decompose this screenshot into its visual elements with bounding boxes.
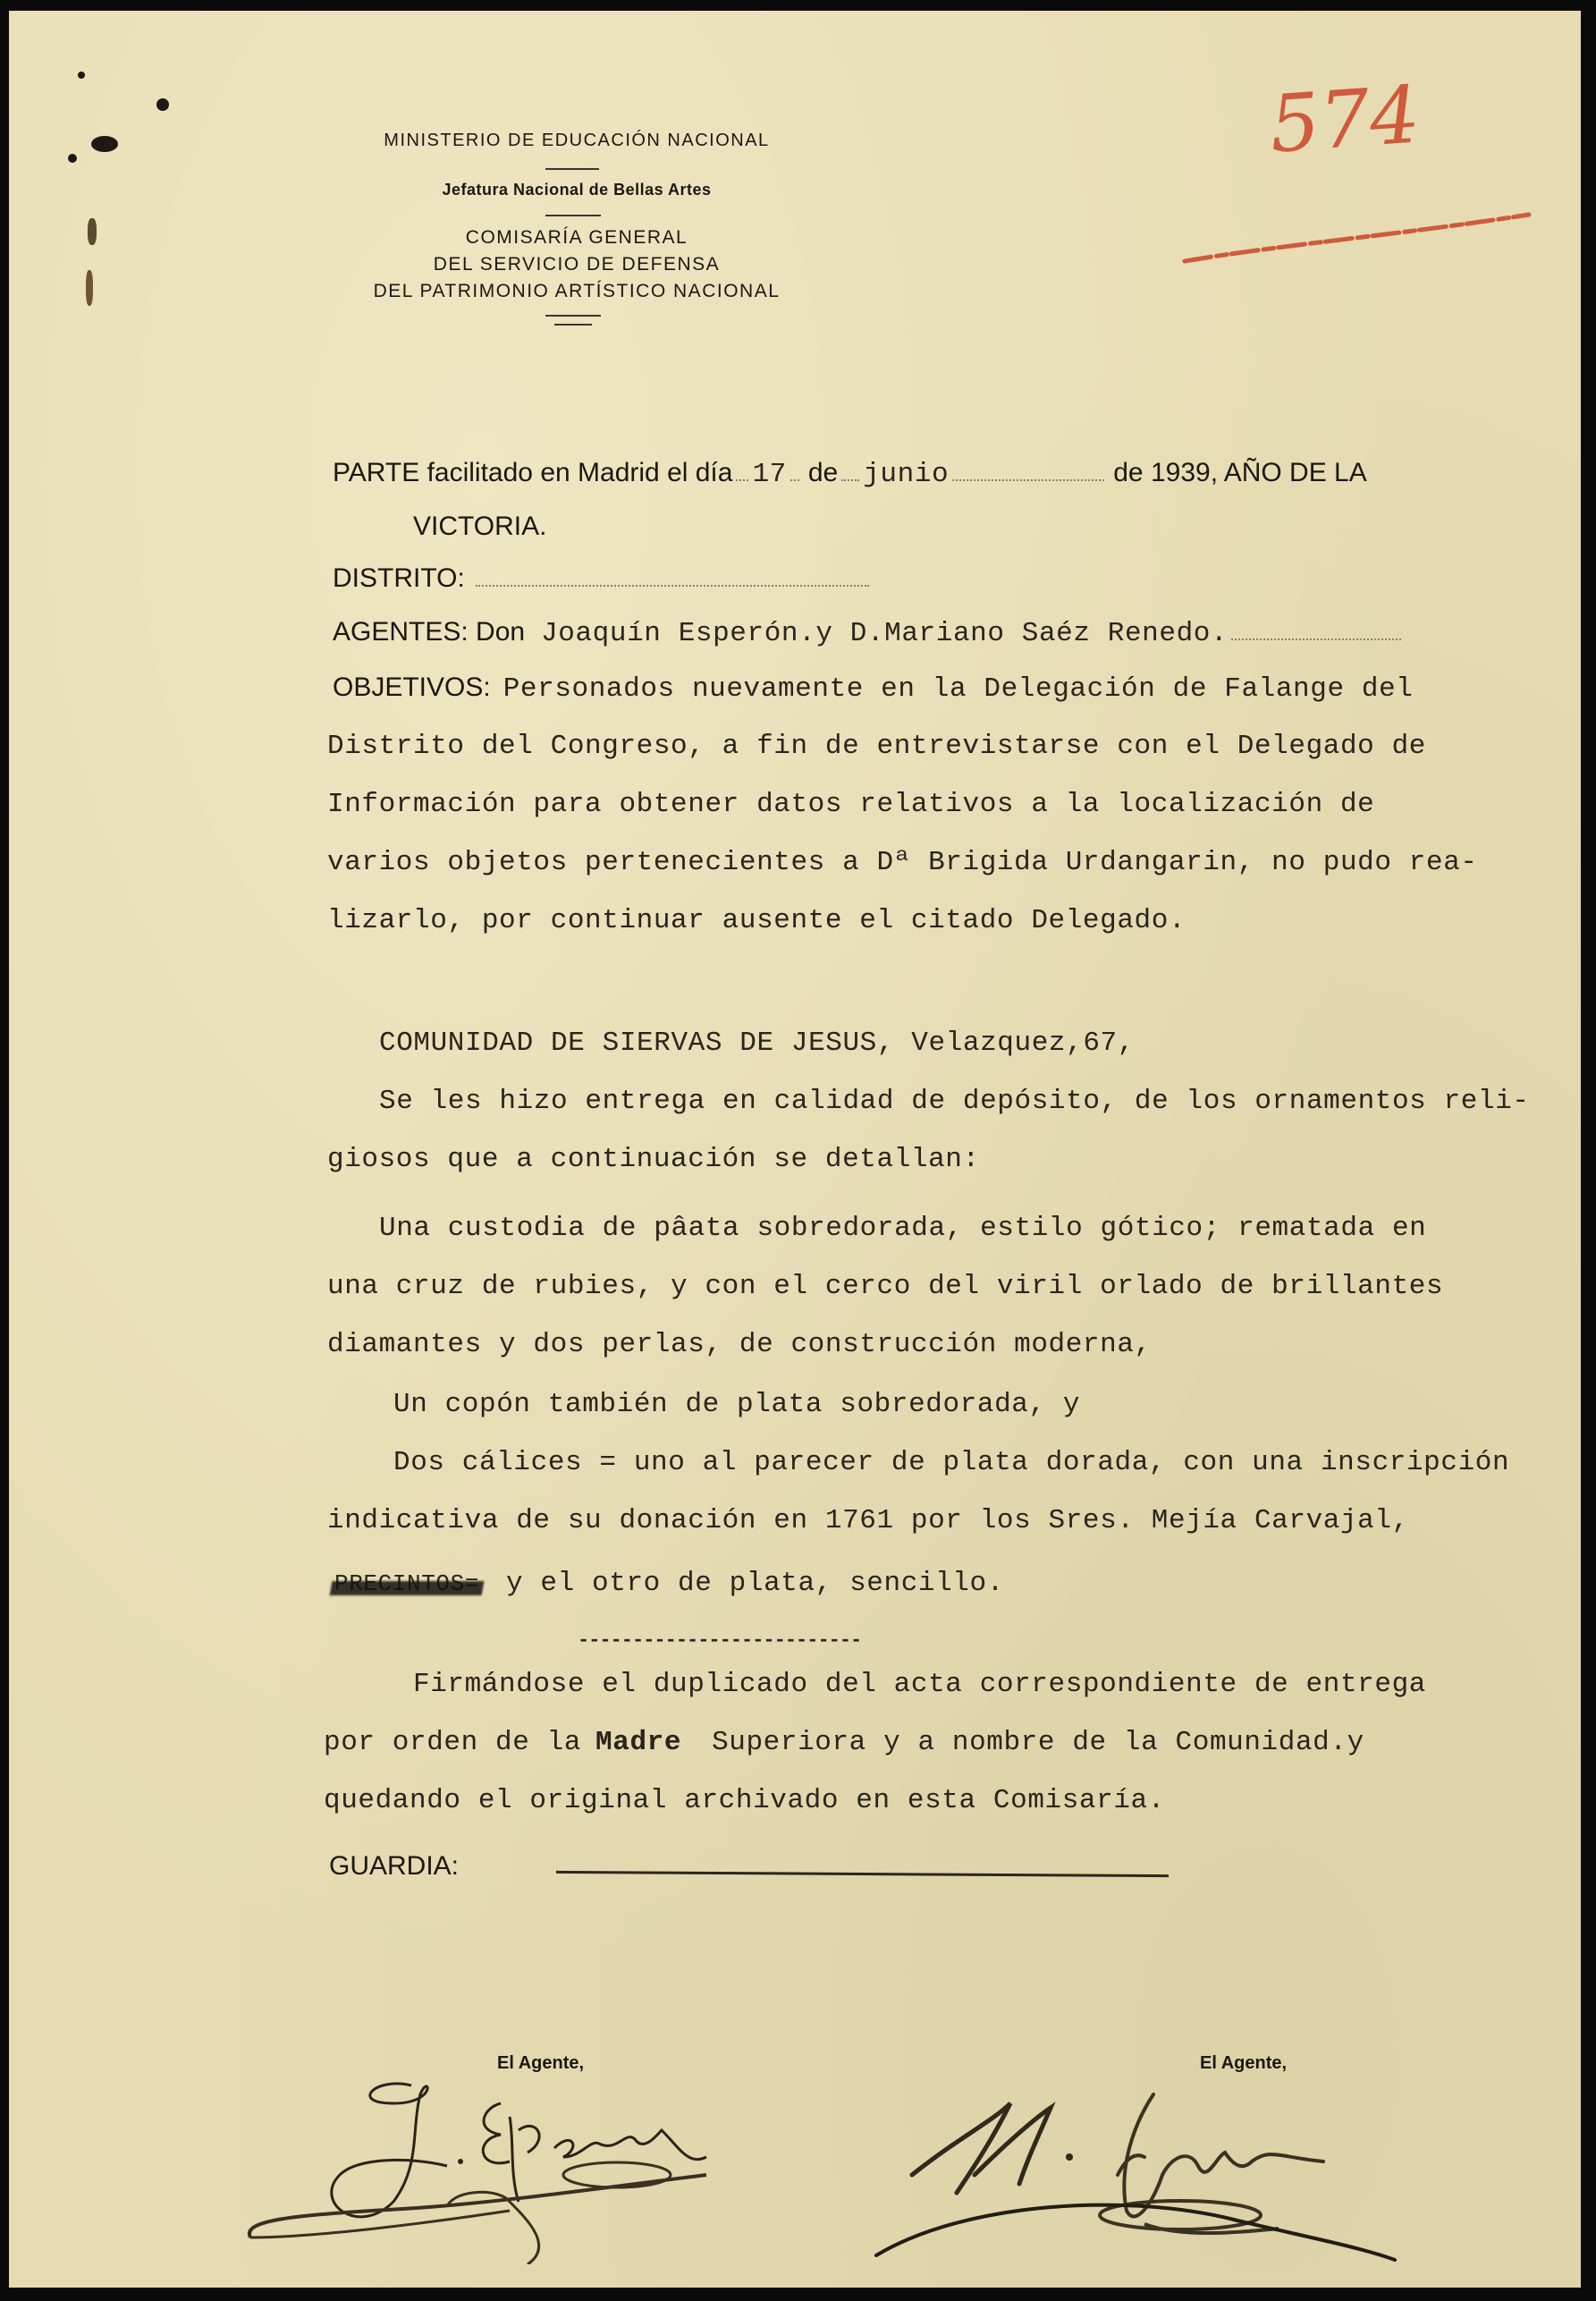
red-pencil-underline bbox=[1171, 190, 1547, 279]
letterhead-divider bbox=[545, 168, 599, 170]
struck-out-word: PRECINTOS= bbox=[334, 1570, 479, 1597]
letterhead-ministry: MINISTERIO DE EDUCACIÓN NACIONAL bbox=[9, 131, 1144, 151]
objetivos-row: OBJETIVOS: Personados nuevamente en la D… bbox=[333, 673, 1413, 705]
agentes-value: Joaquín Esperón.y D.Mariano Saéz Renedo. bbox=[541, 618, 1228, 649]
objetivos-label: OBJETIVOS: bbox=[333, 673, 491, 702]
letterhead-divider bbox=[554, 324, 592, 326]
dotted-leader bbox=[952, 479, 1104, 481]
dotted-leader bbox=[1231, 639, 1401, 640]
agentes-row: AGENTES: Don Joaquín Esperón.y D.Mariano… bbox=[333, 617, 1401, 649]
body-line: Un copón también de plata sobredorada, y bbox=[393, 1389, 1080, 1420]
body-heading: COMUNIDAD DE SIERVAS DE JESUS, Velazquez… bbox=[379, 1028, 1135, 1059]
body-last-item: y el otro de plata, sencillo. bbox=[506, 1568, 1004, 1599]
archive-number: 574 bbox=[1267, 68, 1423, 170]
punch-hole-stain bbox=[68, 154, 77, 163]
objetivos-line: Personados nuevamente en la Delegación d… bbox=[503, 673, 1414, 705]
objetivos-line: Distrito del Congreso, a fin de entrevis… bbox=[327, 731, 1426, 762]
letterhead-department: Jefatura Nacional de Bellas Artes bbox=[9, 181, 1144, 199]
punch-hole-stain bbox=[156, 98, 169, 111]
agentes-label: AGENTES: Don bbox=[333, 617, 525, 647]
report-prefix: PARTE facilitado en Madrid el día bbox=[333, 458, 732, 487]
objetivos-line: lizarlo, por continuar ausente el citado… bbox=[327, 905, 1186, 936]
report-de: de bbox=[808, 458, 838, 487]
body-line: Dos cálices = uno al parecer de plata do… bbox=[393, 1447, 1509, 1478]
objetivos-line: varios objetos pertenecientes a Dª Brigi… bbox=[327, 847, 1478, 878]
punch-hole-stain bbox=[78, 72, 85, 79]
separator-dashes: -------------------------- bbox=[578, 1629, 861, 1652]
closing-line: quedando el original archivado en esta C… bbox=[324, 1785, 1165, 1816]
document-page: 574 MINISTERIO DE EDUCACIÓN NACIONAL Jef… bbox=[9, 11, 1581, 2288]
body-line: una cruz de rubies, y con el cerco del v… bbox=[327, 1271, 1443, 1302]
letterhead-commission-line3: DEL PATRIMONIO ARTÍSTICO NACIONAL bbox=[9, 281, 1144, 302]
report-continuation: VICTORIA. bbox=[413, 512, 546, 542]
guardia-label: GUARDIA: bbox=[329, 1851, 459, 1882]
closing-text: Superiora y a nombre de la Comunidad.y bbox=[712, 1727, 1364, 1758]
letterhead-commission-line2: DEL SERVICIO DE DEFENSA bbox=[9, 254, 1144, 275]
letterhead-commission-line1: COMISARÍA GENERAL bbox=[9, 227, 1144, 249]
body-line: PRECINTOS= y el otro de plata, sencillo. bbox=[334, 1568, 1004, 1599]
signature-left bbox=[241, 2068, 742, 2264]
signature-right bbox=[858, 2068, 1484, 2264]
closing-madre: Madre bbox=[595, 1727, 681, 1758]
body-line: giosos que a continuación se detallan: bbox=[327, 1144, 980, 1175]
letterhead-divider bbox=[545, 315, 601, 317]
report-day: 17 bbox=[752, 459, 786, 490]
distrito-field bbox=[476, 585, 869, 587]
body-line: Se les hizo entrega en calidad de depósi… bbox=[379, 1086, 1530, 1117]
body-line: Una custodia de pâata sobredorada, estil… bbox=[379, 1213, 1426, 1244]
distrito-label: DISTRITO: bbox=[333, 563, 465, 593]
closing-line: por orden de la Madre Superiora y a nomb… bbox=[324, 1727, 1364, 1758]
objetivos-line: Información para obtener datos relativos… bbox=[327, 789, 1374, 820]
report-date-line: PARTE facilitado en Madrid el día 17 de … bbox=[333, 458, 1367, 490]
report-month: junio bbox=[863, 459, 949, 490]
dotted-leader bbox=[841, 479, 859, 481]
dotted-leader bbox=[736, 479, 748, 481]
distrito-row: DISTRITO: bbox=[333, 563, 869, 594]
body-line: indicativa de su donación en 1761 por lo… bbox=[327, 1505, 1409, 1536]
dotted-leader bbox=[790, 479, 799, 481]
body-line: diamantes y dos perlas, de construcción … bbox=[327, 1329, 1152, 1360]
closing-text: por orden de la bbox=[324, 1727, 581, 1758]
report-suffix: de 1939, AÑO DE LA bbox=[1113, 458, 1367, 487]
guardia-field-line bbox=[556, 1871, 1169, 1877]
closing-line: Firmándose el duplicado del acta corresp… bbox=[413, 1669, 1426, 1700]
letterhead-divider bbox=[545, 215, 601, 216]
